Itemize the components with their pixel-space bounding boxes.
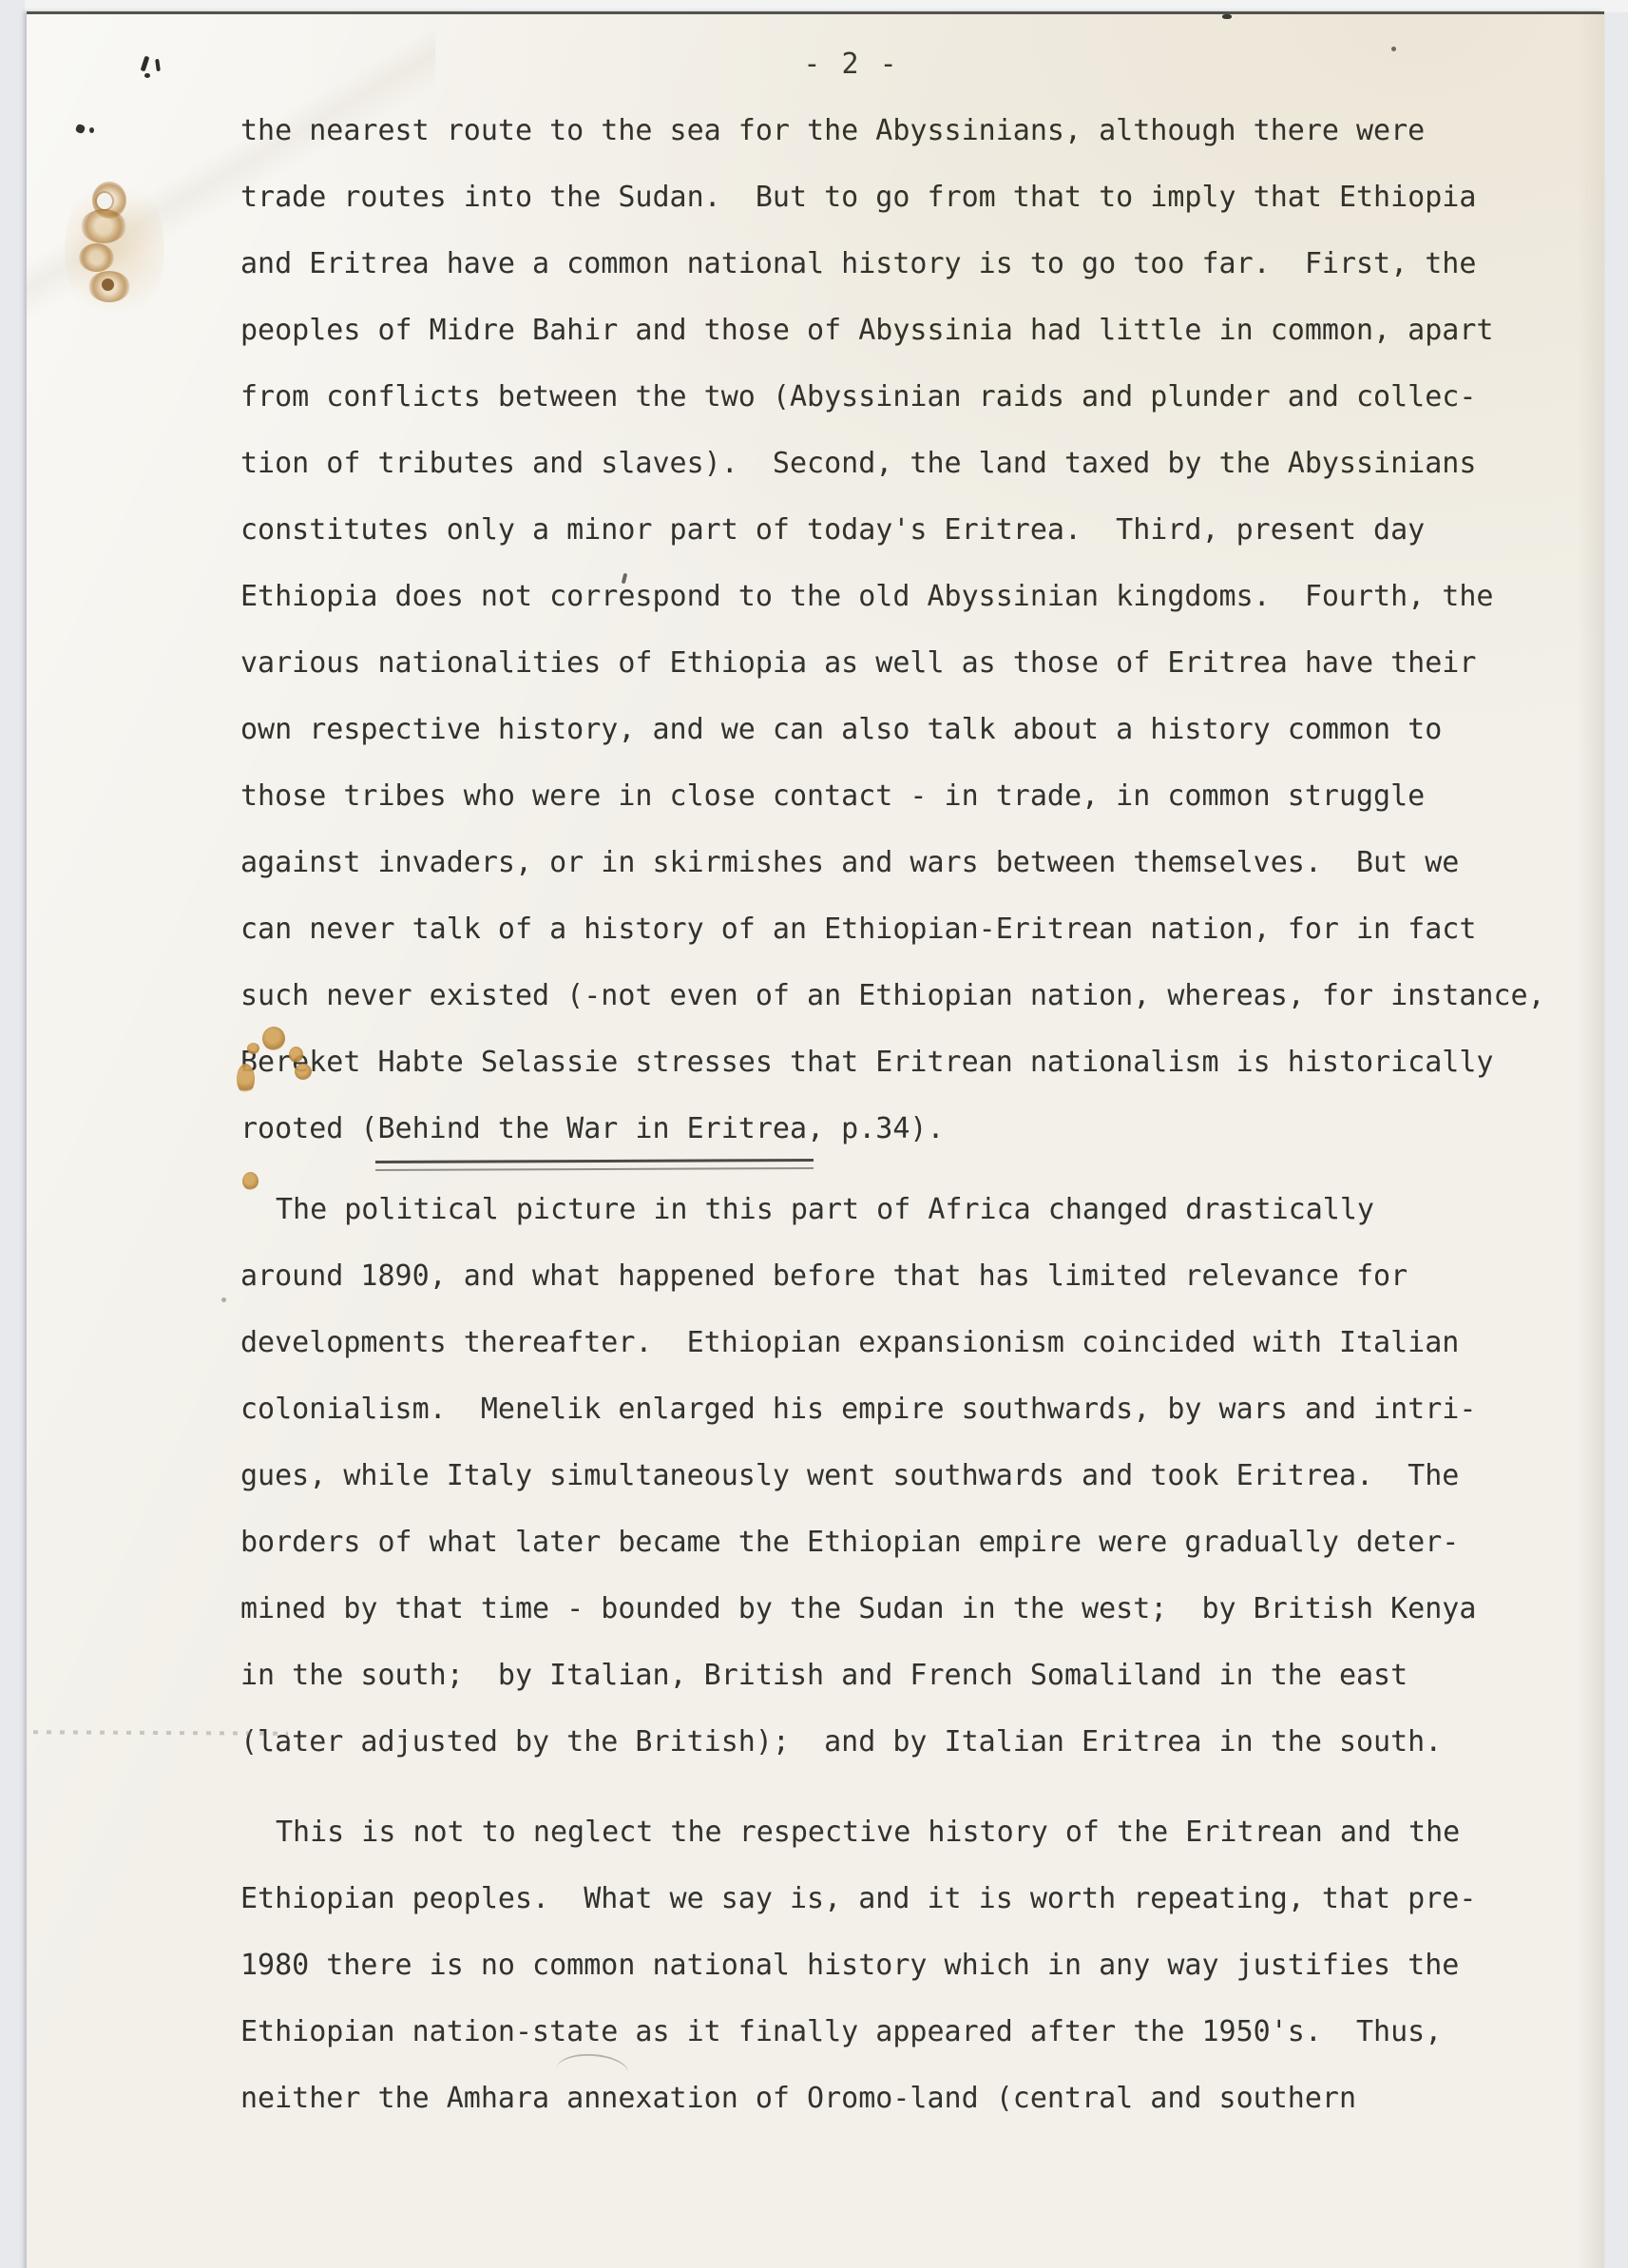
text-line: neither the Amhara annexation of Oromo-l… xyxy=(240,2066,1590,2132)
text-line: trade routes into the Sudan. But to go f… xyxy=(240,164,1590,231)
page-number: - 2 - xyxy=(240,31,1462,98)
text-line: The political picture in this part of Af… xyxy=(240,1177,1590,1243)
text-line: own respective history, and we can also … xyxy=(240,697,1590,763)
text-line: from conflicts between the two (Abyssini… xyxy=(240,364,1590,431)
document-page: - 2 - the nearest route to the sea for t… xyxy=(27,11,1604,2268)
book-title-underlined: Behind the War in Eritrea xyxy=(378,1096,808,1163)
text-line: borders of what later became the Ethiopi… xyxy=(240,1509,1590,1576)
pen-mark xyxy=(144,73,150,78)
ink-speck xyxy=(89,127,94,133)
rust-spot xyxy=(289,1047,303,1063)
rust-spot xyxy=(247,1043,259,1054)
citation-prefix: rooted ( xyxy=(240,1112,378,1145)
text-line: such never existed (-not even of an Ethi… xyxy=(240,963,1590,1029)
rust-stain-ring xyxy=(81,209,126,243)
text-line: mined by that time - bounded by the Suda… xyxy=(240,1576,1590,1643)
text-line: Ethiopian peoples. What we say is, and i… xyxy=(240,1866,1590,1932)
text-line: those tribes who were in close contact -… xyxy=(240,763,1590,830)
text-line: (later adjusted by the British); and by … xyxy=(240,1709,1590,1776)
text-line: can never talk of a history of an Ethiop… xyxy=(240,896,1590,963)
text-line: constitutes only a minor part of today's… xyxy=(240,497,1590,564)
paragraph-2: The political picture in this part of Af… xyxy=(240,1177,1590,1776)
text-line: tion of tributes and slaves). Second, th… xyxy=(240,431,1590,497)
text-line: gues, while Italy simultaneously went so… xyxy=(240,1443,1590,1509)
rust-spot xyxy=(242,1172,259,1190)
text-line: Ethiopia does not correspond to the old … xyxy=(240,564,1590,630)
paragraph-3: This is not to neglect the respective hi… xyxy=(240,1799,1590,2132)
rust-spot xyxy=(237,1064,255,1094)
text-line: and Eritrea have a common national histo… xyxy=(240,231,1590,298)
text-line: Bereket Habte Selassie stresses that Eri… xyxy=(240,1029,1590,1096)
text-line: This is not to neglect the respective hi… xyxy=(240,1799,1590,1866)
text-line: developments thereafter. Ethiopian expan… xyxy=(240,1310,1590,1376)
pen-mark xyxy=(155,59,161,71)
text-line: around 1890, and what happened before th… xyxy=(240,1243,1590,1310)
faint-speck xyxy=(221,1297,226,1302)
ink-speck xyxy=(1391,47,1396,51)
edge-speck xyxy=(1222,14,1232,19)
scanned-document-background: - 2 - the nearest route to the sea for t… xyxy=(0,0,1628,2268)
faint-dotted-line xyxy=(33,1730,288,1735)
rust-stain-dark-center xyxy=(102,279,114,291)
text-line: in the south; by Italian, British and Fr… xyxy=(240,1643,1590,1709)
text-line: various nationalities of Ethiopia as wel… xyxy=(240,630,1590,697)
rust-spot xyxy=(262,1027,285,1050)
citation-line: rooted (Behind the War in Eritrea, p.34)… xyxy=(240,1096,1590,1163)
pen-mark xyxy=(141,56,150,72)
document-text: the nearest route to the sea for the Aby… xyxy=(240,98,1590,2132)
text-line: peoples of Midre Bahir and those of Abys… xyxy=(240,298,1590,364)
paragraph-1: the nearest route to the sea for the Aby… xyxy=(240,98,1590,1163)
rust-stain-ring xyxy=(79,243,114,272)
text-line: Ethiopian nation-state as it finally app… xyxy=(240,1999,1590,2066)
text-line: the nearest route to the sea for the Aby… xyxy=(240,98,1590,164)
rust-spot xyxy=(295,1064,312,1080)
text-line: against invaders, or in skirmishes and w… xyxy=(240,830,1590,896)
text-line: colonialism. Menelik enlarged his empire… xyxy=(240,1376,1590,1443)
citation-suffix: , p.34). xyxy=(807,1112,945,1145)
staple-hole xyxy=(97,193,112,209)
ink-speck xyxy=(75,124,86,135)
text-line: 1980 there is no common national history… xyxy=(240,1932,1590,1999)
